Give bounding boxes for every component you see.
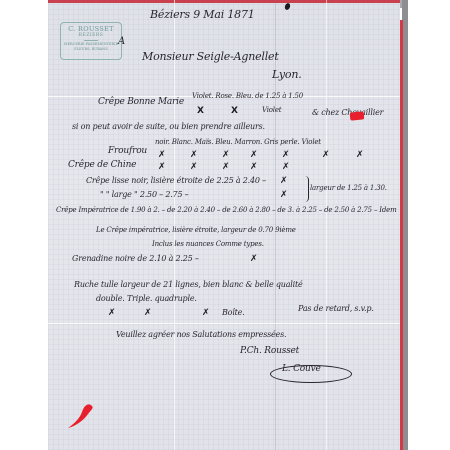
red-top-edge	[48, 0, 400, 3]
item-label: Froufrou	[108, 146, 147, 156]
letter-date: Béziers 9 Mai 1871	[150, 8, 255, 21]
cross-mark: ✗	[322, 150, 330, 160]
body-line: Grenadine noire de 2.10 à 2.25 –	[72, 254, 199, 263]
cross-mark: ✗	[222, 150, 230, 160]
body-line: Inclus les nuances Comme types.	[152, 240, 264, 248]
stamp-line1: MERCERIE PASSEMENTERIE	[61, 43, 121, 47]
stamp-rule	[84, 40, 98, 41]
cross-mark: ✗	[282, 162, 290, 172]
item-note: & chez Chevaillier	[312, 108, 383, 117]
cross-mark: ✗	[108, 308, 116, 318]
cross-mark: Violet	[262, 106, 281, 114]
box-label: Boîte.	[222, 308, 245, 317]
cross-mark: ✗	[280, 190, 288, 200]
cross-mark: X	[231, 106, 238, 116]
cross-mark: X	[197, 106, 204, 116]
signature-rousset: P.Ch. Rousset	[240, 346, 299, 356]
closing-line: Veuillez agréer nos Salutations empressé…	[116, 330, 286, 339]
stamp-line2: FLEURS, RUBANS	[61, 48, 121, 52]
signature-flourish	[270, 365, 352, 383]
body-line: si on peut avoir de suite, ou bien prend…	[72, 122, 265, 131]
item-label: Crêpe de Chine	[68, 160, 136, 170]
cross-mark: ✗	[250, 150, 258, 160]
width-note: largeur de 1.25 à 1.30.	[310, 184, 387, 192]
letter-paper	[48, 0, 400, 450]
red-ink-mark	[66, 402, 94, 430]
body-line: Crêpe Impératrice de 1.90 à 2. – de 2.20…	[56, 206, 397, 214]
body-line: " " large " 2.50 – 2.75 –	[100, 190, 188, 199]
body-line: double. Triple. quadruple.	[96, 294, 197, 303]
stamp-name: C. ROUSSET	[61, 26, 121, 33]
stamp-city: BEZIERS	[61, 34, 121, 39]
cross-mark: ✗	[202, 308, 210, 318]
recipient-name: Monsieur Seigle-Agnellet	[142, 50, 279, 63]
fold-line	[326, 0, 327, 450]
body-line: Ruche tulle largeur de 21 lignes, bien b…	[74, 280, 303, 289]
cross-mark: ✗	[158, 150, 166, 160]
cross-mark: ✗	[190, 150, 198, 160]
cross-mark: ✗	[250, 254, 258, 264]
fold-line	[174, 0, 175, 450]
red-right-edge	[400, 20, 403, 450]
cross-mark: ✗	[250, 162, 258, 172]
cross-mark: ✗	[280, 176, 288, 186]
shipping-note: Pas de retard, s.v.p.	[298, 304, 374, 313]
item-label: Crêpe Bonne Marie	[98, 97, 184, 107]
cross-mark: ✗	[190, 162, 198, 172]
red-wax-mark	[350, 111, 365, 120]
color-header: noir. Blanc. Maïs. Bleu. Marron. Gris pe…	[155, 138, 321, 146]
cross-mark: ✗	[356, 150, 364, 160]
color-header: Violet. Rose. Bleu. de 1.25 à 1.50	[192, 92, 303, 100]
recipient-city: Lyon.	[272, 68, 302, 81]
cross-mark: ✗	[282, 150, 290, 160]
cross-mark: ✗	[158, 162, 166, 172]
cross-mark: ✗	[222, 162, 230, 172]
body-line: Crêpe lisse noir, lisière étroite de 2.2…	[86, 176, 266, 185]
cross-mark: ✗	[144, 308, 152, 318]
bracket	[304, 176, 309, 202]
body-line: Le Crêpe impératrice, lisière étroite, l…	[96, 226, 296, 234]
fold-line	[48, 323, 400, 324]
letterhead-stamp: C. ROUSSET BEZIERS MERCERIE PASSEMENTERI…	[60, 22, 122, 60]
salutation-mark: A	[118, 36, 125, 47]
